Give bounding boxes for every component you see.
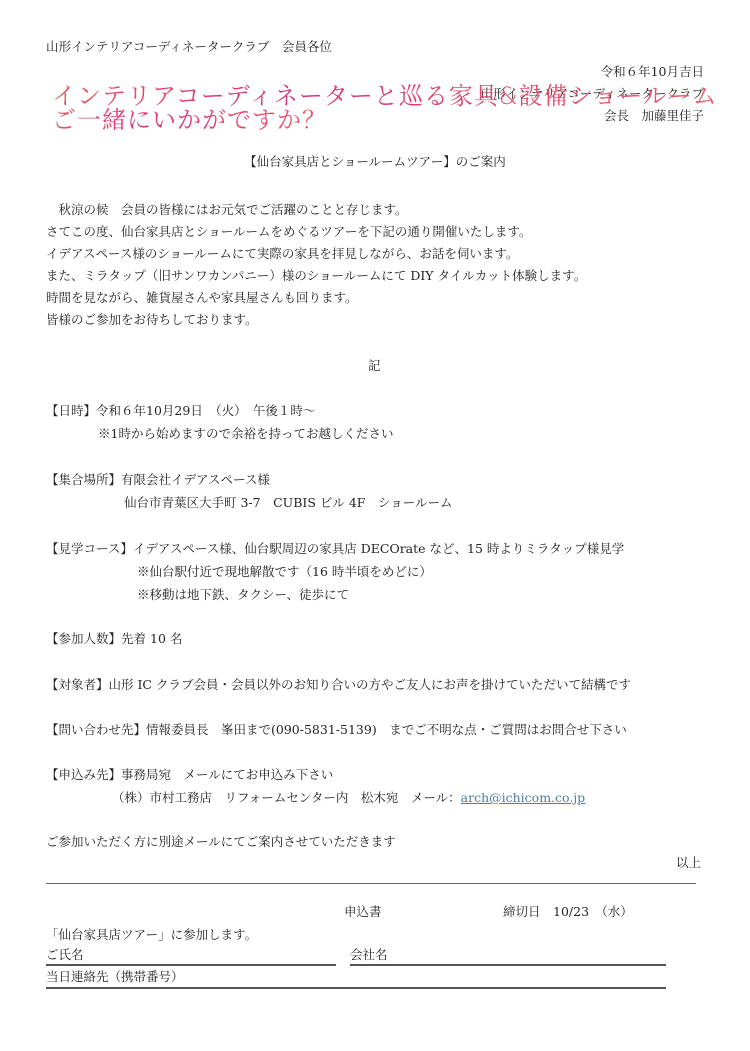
intro-line: イデアスペース様のショールームにて実際の家具を拝見しながら、お話を伺います。 [46,248,518,261]
name-field-label: ご氏名 [46,949,84,962]
closing-note: ご参加いただく方に別途メールにてご案内させていただきます [46,836,396,849]
document-title: 【仙台家具店とショールームツアー】のご案内 [0,156,750,169]
apply-address: （株）市村工務店 リフォームセンター内 松木宛 メール： [112,790,461,805]
datetime-label: 【日時】 [46,403,96,418]
capacity-row: 【参加人数】先着 10 名 [46,633,182,646]
form-statement: 「仙台家具店ツアー」に参加します。 [46,929,257,942]
course-value: イデアスペース様、仙台駅周辺の家具店 DECOrate など、15 時よりミラタ… [133,541,624,556]
course-label: 【見学コース】 [46,541,133,556]
email-link[interactable]: arch@ichicom.co.jp [461,790,586,805]
meeting-row: 【集合場所】有限会社イデアスペース様 [46,474,270,487]
course-note-dismissal: ※仙台駅付近で現地解散です（16 時半頃をめどに） [137,566,432,579]
form-title: 申込書 [344,906,382,919]
apply-value: 事務局宛 メールにてお申込み下さい [121,767,333,782]
intro-line: 皆様のご参加をお待ちしております。 [46,314,258,327]
capacity-label: 【参加人数】 [46,631,121,646]
phone-field-line[interactable] [46,987,666,989]
datetime-value: 令和６年10月29日 （火） 午後１時～ [96,403,315,418]
issue-date: 令和６年10月吉日 [601,66,704,79]
ijou: 以上 [676,857,701,870]
intro-line: さてこの度、仙台家具店とショールームをめぐるツアーを下記の通り開催いたします。 [46,226,531,239]
addressee: 山形インテリアコーディネータークラブ 会員各位 [46,41,332,54]
name-field-line[interactable] [46,964,336,966]
form-deadline: 締切日 10/23 （水） [503,906,633,919]
meeting-value: 有限会社イデアスペース様 [121,472,270,487]
apply-address-row: （株）市村工務店 リフォームセンター内 松木宛 メール：arch@ichicom… [112,792,585,805]
contact-row: 【問い合わせ先】情報委員長 峯田まで(090-5831-5139) までご不明な… [46,724,627,737]
meeting-label: 【集合場所】 [46,472,121,487]
target-row: 【対象者】山形 IC クラブ会員・会員以外のお知り合いの方やご友人にお声を掛けて… [46,679,631,692]
company-field-label: 会社名 [350,949,388,962]
apply-row: 【申込み先】事務局宛 メールにてお申込み下さい [46,769,333,782]
apply-label: 【申込み先】 [46,767,121,782]
contact-value: 情報委員長 峯田まで(090-5831-5139) までご不明な点・ご質問はお問… [146,722,627,737]
intro-line: また、ミラタップ（旧サンワカンパニー）様のショールームにて DIY タイルカット… [46,270,586,283]
datetime-note: ※1時から始めますので余裕を持ってお越しください [98,428,393,441]
company-field-line[interactable] [350,964,666,966]
course-note-transport: ※移動は地下鉄、タクシー、徒歩にて [137,589,349,602]
overlay-headline-line2: ご一緒にいかがですか？ [52,108,327,132]
course-row: 【見学コース】イデアスペース様、仙台駅周辺の家具店 DECOrate など、15… [46,543,624,556]
datetime-row: 【日時】令和６年10月29日 （火） 午後１時～ [46,405,315,418]
cut-line-divider: ――――――――――――――――――――――――――――――――――――――――… [46,876,696,890]
target-value: 山形 IC クラブ会員・会員以外のお知り合いの方やご友人にお声を掛けていただいて… [109,677,631,692]
intro-line: 秋涼の候 会員の皆様にはお元気でご活躍のことと存じます。 [46,204,408,217]
target-label: 【対象者】 [46,677,109,692]
phone-field-label: 当日連絡先（携帯番号） [46,971,184,984]
sender-person: 会長 加藤里佳子 [604,110,704,123]
capacity-value: 先着 10 名 [121,631,182,646]
overlay-headline-line1: インテリアコーディネーターと巡る家具&設備ショールーム [52,84,718,108]
contact-label: 【問い合わせ先】 [46,722,146,737]
meeting-address: 仙台市青葉区大手町 3-7 CUBIS ビル 4F ショールーム [124,497,452,510]
ki-heading: 記 [368,360,381,373]
intro-line: 時間を見ながら、雑貨屋さんや家具屋さんも回ります。 [46,292,358,305]
